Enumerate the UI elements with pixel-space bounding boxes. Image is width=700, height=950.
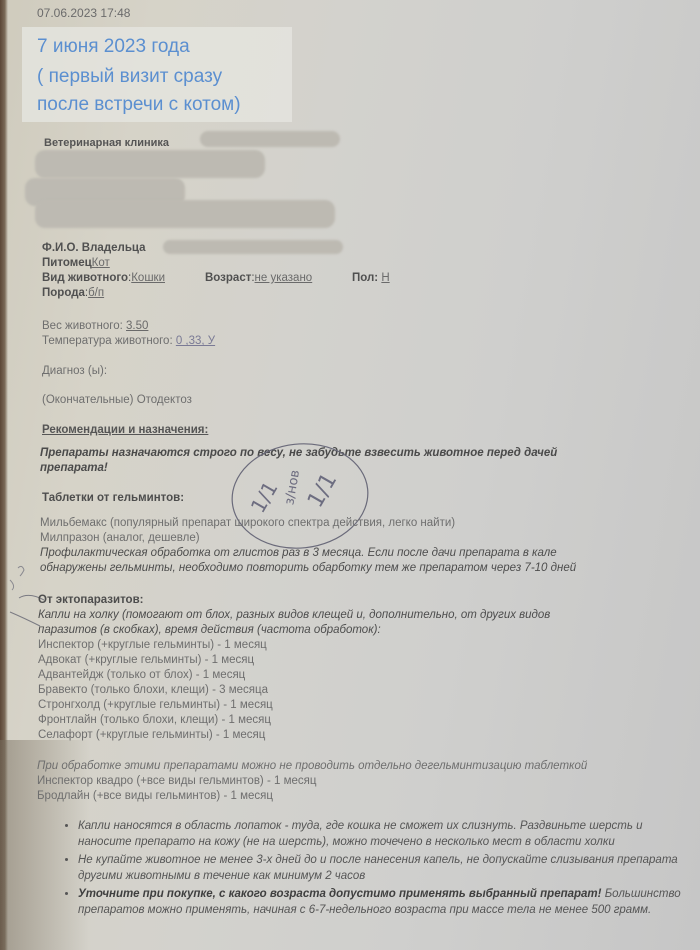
annotation-line-2: ( первый визит сразу [37,66,222,88]
annotation-line-1: 7 июня 2023 года [37,36,190,58]
ectoparasite-extra-item: Бродлайн (+все виды гельминтов) - 1 меся… [37,790,273,802]
sex-label: Пол: [352,272,378,284]
pet-label: Питомец [42,257,92,269]
ectoparasite-extra-item: Инспектор квадро (+все виды гельминтов) … [37,775,316,787]
handwritten-circle [225,438,375,556]
anthelmintic-note-line-2: обнаружены гельминты, необходимо повтори… [40,562,576,574]
weight-value: 3.50 [126,320,148,332]
species-label: Вид животного [42,272,128,284]
diagnosis-label: Диагноз (ы): [42,365,107,377]
ectoparasite-item: Адвокат (+круглые гельминты) - 1 месяц [38,654,254,666]
temperature-value: 0 ,33, У [176,335,215,347]
instruction-item: Уточните при покупке, с какого возраста … [78,886,698,918]
species-row: Вид животного:Кошки [42,272,165,284]
temperature-label: Температура животного: [42,335,173,347]
pet-row: ПитомецКот [42,257,110,269]
age-row: Возраст:не указано [205,272,312,284]
age-label: Возраст [205,272,251,284]
species-value: Кошки [131,272,165,284]
ectoparasite-item: Фронтлайн (только блохи, клещи) - 1 меся… [38,714,271,726]
owner-label: Ф.И.О. Владельца [42,242,146,254]
instruction-text: Капли наносятся в область лопаток - туда… [78,820,643,848]
ectoparasites-intro-line-2: паразитов (в скобках), время действия (ч… [38,624,381,636]
weight-row: Вес животного: 3.50 [42,320,148,332]
ectoparasites-intro-line-1: Капли на холку (помогают от блох, разных… [38,609,550,621]
annotation-line-3: после встречи с котом) [37,94,241,116]
ectoparasite-item: Селафорт (+круглые гельминты) - 1 месяц [38,729,265,741]
instruction-text: Не купайте животное не менее 3-х дней до… [78,854,678,882]
sex-row: Пол: Н [352,272,390,284]
diagnosis-value: (Окончательные) Отодектоз [42,394,192,406]
breed-value: б/п [88,287,104,299]
sex-value: Н [381,272,389,284]
redacted-clinic-address [35,150,265,178]
ectoparasites-note: При обработке этими препаратами можно не… [37,760,587,772]
ectoparasite-item: Инспектор (+круглые гельминты) - 1 месяц [38,639,267,651]
instruction-item: Капли наносятся в область лопаток - туда… [78,818,698,850]
breed-row: Порода:б/п [42,287,104,299]
anthelmintic-note-line-1: Профилактическая обработка от глистов ра… [40,547,557,559]
recommendations-heading: Рекомендации и назначения: [42,424,208,436]
clinic-label: Ветеринарная клиника [44,137,169,149]
weight-label: Вес животного: [42,320,123,332]
redacted-clinic-name [200,131,340,147]
application-instructions-list: Капли наносятся в область лопаток - туда… [60,818,698,920]
ectoparasites-heading: От эктопаразитов: [38,594,143,606]
ectoparasite-item: Стронгхолд (+круглые гельминты) - 1 меся… [38,699,273,711]
redacted-clinic-details [35,200,335,228]
pet-value: Кот [92,257,110,269]
age-value: не указано [255,272,313,284]
breed-label: Порода [42,287,85,299]
ectoparasite-item: Адвантейдж (только от блох) - 1 месяц [38,669,245,681]
temperature-row: Температура животного: 0 ,33, У [42,335,215,347]
anthelmintic-item: Милпразон (аналог, дешевле) [40,532,200,544]
anthelmintic-item: Мильбемакс (популярный препарат широкого… [40,517,455,529]
instruction-item: Не купайте животное не менее 3-х дней до… [78,852,698,884]
print-timestamp: 07.06.2023 17:48 [37,6,130,20]
weight-warning-line-2: препарата! [40,462,108,474]
anthelmintic-heading: Таблетки от гельминтов: [42,492,184,504]
ectoparasite-item: Бравекто (только блохи, клещи) - 3 месяц… [38,684,268,696]
instruction-warning: Уточните при покупке, с какого возраста … [78,888,602,900]
redacted-owner-name [163,240,343,254]
